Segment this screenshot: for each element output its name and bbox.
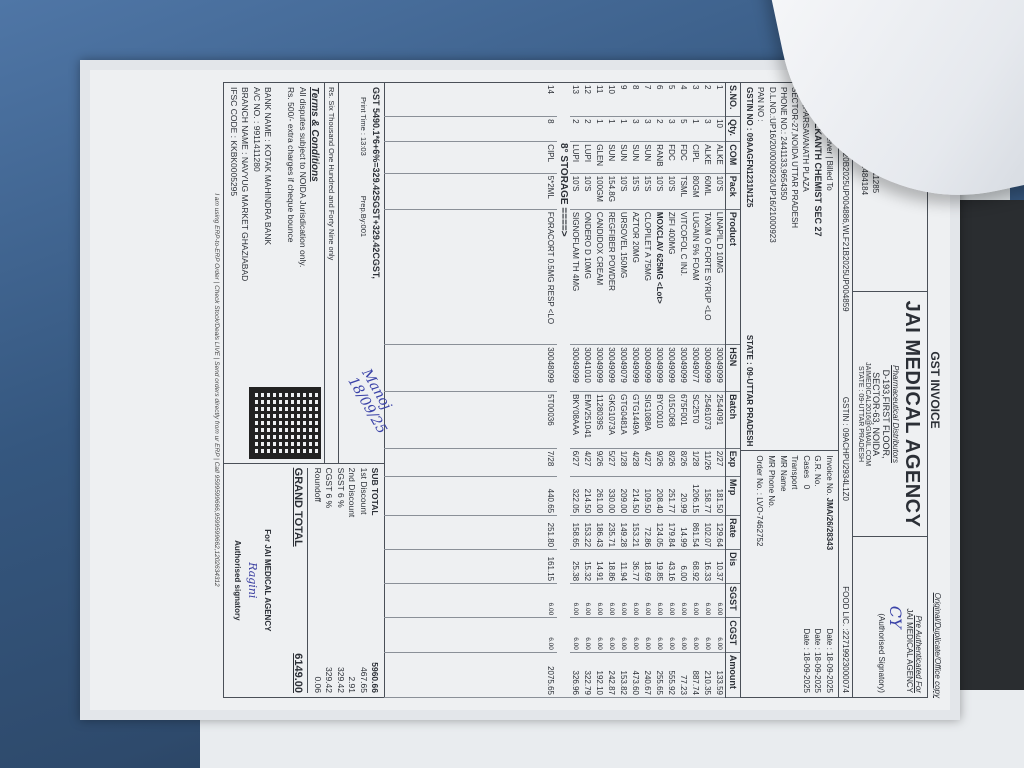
totals-block: SUB TOTAL5960.661st Discount467.652nd Di… bbox=[224, 464, 384, 697]
cell-sno: 7 bbox=[642, 83, 654, 117]
table-row: 101SUN154.8GREGFIBER POWDER30049099GKG10… bbox=[606, 83, 618, 698]
cell-product: MOXCLAV 625MG <Lot> bbox=[654, 209, 666, 344]
handwritten-signature: Ragini bbox=[246, 468, 259, 693]
table-row: 23ALKE60MLTAXIM O FORTE SYRUP <LO3004909… bbox=[702, 83, 714, 698]
cell-hsn: 30049099 bbox=[630, 345, 642, 392]
cell-batch: 2544091 bbox=[714, 392, 726, 449]
erp-note: I am using ERP-to-ERP Order | Check Stoc… bbox=[213, 82, 223, 698]
cell-rate: 861.54 bbox=[690, 516, 702, 550]
food-licence: FOOD LIC. :22719923000074 bbox=[841, 586, 850, 693]
cell-hsn: 30049099 bbox=[606, 345, 618, 392]
table-row: 62RANB10'SMOXCLAV 625MG <Lot>30049099BYC… bbox=[654, 83, 666, 698]
cell-pack: 15'S bbox=[630, 173, 642, 209]
licence-row: Licence No. : WLF20B2025UP004886,WLF21B2… bbox=[838, 82, 852, 698]
total-label: Roundoff bbox=[311, 468, 322, 502]
cell-hsn: 30049099 bbox=[570, 345, 582, 392]
cell-cgst: 6.00 bbox=[570, 618, 582, 653]
seller-email: JAIMEDICAL2016@GMAIL.COM bbox=[864, 296, 871, 533]
cell-amount: 2075.65 bbox=[545, 652, 557, 697]
cell-product: ONDERO D 10MG bbox=[582, 209, 594, 344]
cell-pack: 5*2ML bbox=[545, 173, 557, 209]
cell-dis: 16.33 bbox=[702, 550, 714, 584]
terms-line: All disputes subject to NOIDA Jurisdicat… bbox=[296, 87, 307, 387]
cell-batch: 675F001 bbox=[678, 392, 690, 449]
cases-row: Cases 0 Date : 18-09-2025 bbox=[800, 455, 812, 693]
receiver-dl-no: D.L.NO.:UP16/20/0000923/UP16/21000923 bbox=[766, 87, 777, 446]
cell-exp: 2/27 bbox=[714, 448, 726, 476]
cell-mrp: 330.00 bbox=[606, 476, 618, 515]
cell-product: FORACORT 0.5MG RESP <LO bbox=[545, 209, 557, 344]
cell-com: ALKE bbox=[702, 142, 714, 173]
cell-dis: 18.86 bbox=[606, 550, 618, 584]
cell-qty: 1 bbox=[606, 117, 618, 142]
order-no: : LVO-7462752 bbox=[755, 493, 764, 547]
column-header: Rate bbox=[726, 516, 741, 550]
pre-auth-label: Pre Authenticated For bbox=[914, 541, 923, 693]
cell-sgst: 6.00 bbox=[702, 584, 714, 618]
receiver-address2: SECTOR-27,NOIDA UTTAR PRADESH bbox=[789, 87, 800, 446]
cell-dis: 36.77 bbox=[630, 550, 642, 584]
cell-rate: 186.43 bbox=[594, 516, 606, 550]
cell-cgst: 6.00 bbox=[654, 618, 666, 653]
total-label: 2nd Discount bbox=[346, 468, 357, 518]
qr-code bbox=[249, 387, 321, 459]
cell-batch: BKY08AAA bbox=[570, 392, 582, 449]
table-row: 122LUPI10'SONDERO D 10MG30041010EMV25104… bbox=[582, 83, 594, 698]
cell-com: SUN bbox=[630, 142, 642, 173]
cell-sno: 2 bbox=[702, 83, 714, 117]
table-row: 91SUN10'SURSOVEL 150MG30049079GTG0481A1/… bbox=[618, 83, 630, 698]
grand-total-label: GRAND TOTAL bbox=[290, 468, 305, 547]
cell-pack: 100GM bbox=[594, 173, 606, 209]
cell-batch: GKG1073A bbox=[606, 392, 618, 449]
cell-product: CLOPILET A 75MG bbox=[642, 209, 654, 344]
cell-qty: 8 bbox=[545, 117, 557, 142]
cell-qty: 1 bbox=[618, 117, 630, 142]
mr-name-label: MR Name bbox=[777, 455, 789, 693]
cell-product: VITCOFOL C INJ. bbox=[678, 209, 690, 344]
cell-batch: 015C068 bbox=[666, 392, 678, 449]
cell-pack: TSML bbox=[678, 173, 690, 209]
cell-rate: 149.28 bbox=[618, 516, 630, 550]
signatory-for: For JAI MEDICAL AGENCY bbox=[263, 468, 272, 693]
cases-label: Cases bbox=[802, 455, 811, 478]
cell-batch: 5T00036 bbox=[545, 392, 557, 449]
terms-line: Rs. 500/- extra charges if cheque bounce bbox=[285, 87, 296, 387]
column-header: COM bbox=[726, 142, 741, 173]
grand-total-value: 6149.00 bbox=[290, 653, 305, 693]
cell-hsn: 30048099 bbox=[545, 345, 557, 392]
total-label: SUB TOTAL bbox=[369, 468, 380, 516]
cell-qty: 2 bbox=[582, 117, 594, 142]
cell-sno: 8 bbox=[630, 83, 642, 117]
column-header: Batch bbox=[726, 392, 741, 449]
cell-sno: 13 bbox=[570, 83, 582, 117]
storage-note-row: 8° STORAGE ====> bbox=[557, 83, 570, 698]
seller-identity: JAI MEDICAL AGENCY Pharmaceutical Distri… bbox=[853, 292, 927, 538]
cell-exp: 9/26 bbox=[654, 448, 666, 476]
cell-product: AZTOR 20MG bbox=[630, 209, 642, 344]
cell-pack: 80GM bbox=[690, 173, 702, 209]
cell-amount: 153.82 bbox=[618, 652, 630, 697]
receiver-name: M/s NEELKANTH CHEMIST SEC 27 bbox=[811, 87, 824, 446]
bank-account: A/C NO. : 9911411280 bbox=[250, 87, 261, 387]
cell-dis: 6.00 bbox=[678, 550, 690, 584]
invoice-date: Date : 18-09-2025 bbox=[823, 628, 835, 693]
cell-mrp: 1206.15 bbox=[690, 476, 702, 515]
cell-batch: BYC0010 bbox=[654, 392, 666, 449]
items-header-row: S.NO.Qty.COMPackProductHSNBatchExpMrpRat… bbox=[726, 83, 741, 698]
cell-cgst: 6.00 bbox=[618, 618, 630, 653]
column-header: Pack bbox=[726, 173, 741, 209]
seller-name: JAI MEDICAL AGENCY bbox=[900, 296, 923, 533]
column-header: Product bbox=[726, 209, 741, 344]
cell-pack: 15'S bbox=[642, 173, 654, 209]
column-header: SGST bbox=[726, 584, 741, 618]
column-header: Dis bbox=[726, 550, 741, 584]
cell-rate: 179.84 bbox=[666, 516, 678, 550]
column-header: Exp bbox=[726, 448, 741, 476]
seller-state: STATE : 09-UTTAR PRADESH bbox=[857, 296, 864, 533]
cell-exp: 4/28 bbox=[630, 448, 642, 476]
cell-hsn: 30049099 bbox=[594, 345, 606, 392]
cell-sgst: 6.00 bbox=[618, 584, 630, 618]
totals-list: SUB TOTAL5960.661st Discount467.652nd Di… bbox=[311, 468, 380, 693]
cell-sno: 12 bbox=[582, 83, 594, 117]
cell-exp: 9/26 bbox=[594, 448, 606, 476]
invoice-meta: Invoice No. JMA/26/28343 Date : 18-09-20… bbox=[741, 451, 838, 697]
table-row: 45FDCTSMLVITCOFOL C INJ.30049099675F0018… bbox=[678, 83, 690, 698]
receiver-details: Details of Receiver | Billed To M/s NEEL… bbox=[741, 83, 838, 451]
transport-label: Transport bbox=[789, 455, 801, 693]
gr-no-label: G.R. No. bbox=[812, 455, 824, 486]
cell-cgst: 6.00 bbox=[714, 618, 726, 653]
seller-gstin: GSTIN : 09ACHPU2934L1Z0 bbox=[841, 397, 850, 501]
table-filler bbox=[385, 83, 545, 698]
cell-mrp: 209.00 bbox=[618, 476, 630, 515]
cell-qty: 2 bbox=[570, 117, 582, 142]
cell-batch: SC25T0 bbox=[690, 392, 702, 449]
cell-pack: 10'S bbox=[570, 173, 582, 209]
cell-cgst: 6.00 bbox=[582, 618, 594, 653]
cell-product: REGFIBER POWDER bbox=[606, 209, 618, 344]
cell-exp: 1/28 bbox=[618, 448, 630, 476]
cell-sno: 10 bbox=[606, 83, 618, 117]
cell-dis: 15.32 bbox=[582, 550, 594, 584]
table-row: 83SUN15'SAZTOR 20MG30049099GTG1449A4/282… bbox=[630, 83, 642, 698]
bank-ifsc: IFSC CODE : KKBK0005295 bbox=[227, 87, 238, 387]
total-row: Roundoff0.06 bbox=[311, 468, 322, 693]
cell-sgst: 6.00 bbox=[545, 584, 557, 618]
total-label: CGST 6 % bbox=[323, 468, 334, 508]
invoice-no-row: Invoice No. JMA/26/28343 Date : 18-09-20… bbox=[823, 455, 835, 693]
cell-exp: 7/28 bbox=[545, 448, 557, 476]
cell-batch: 25461073 bbox=[702, 392, 714, 449]
invoice-no: JMA/26/28343 bbox=[825, 498, 834, 550]
cell-cgst: 6.00 bbox=[702, 618, 714, 653]
cell-rate: 235.71 bbox=[606, 516, 618, 550]
total-row: 2nd Discount2.91 bbox=[346, 468, 357, 693]
cell-qty: 1 bbox=[594, 117, 606, 142]
total-row: CGST 6 %329.42 bbox=[323, 468, 334, 693]
cell-com: SUN bbox=[642, 142, 654, 173]
cell-rate: 129.64 bbox=[714, 516, 726, 550]
cell-sgst: 6.00 bbox=[714, 584, 726, 618]
cell-hsn: 30049099 bbox=[666, 345, 678, 392]
cell-sgst: 6.00 bbox=[630, 584, 642, 618]
cell-pack: 10'S bbox=[666, 173, 678, 209]
cell-amount: 133.59 bbox=[714, 652, 726, 697]
terms-title: Terms & Conditions bbox=[308, 87, 322, 387]
items-body: 110ALKE10'SLINAPIL D 10MG300490992544091… bbox=[385, 83, 726, 698]
cell-sgst: 6.00 bbox=[678, 584, 690, 618]
cell-cgst: 6.00 bbox=[606, 618, 618, 653]
cell-sno: 1 bbox=[714, 83, 726, 117]
seller-subtitle: Pharmaceutical Distributors bbox=[891, 296, 900, 533]
cell-rate: 14.99 bbox=[678, 516, 690, 550]
column-header: S.NO. bbox=[726, 83, 741, 117]
cell-batch: GTG0481A bbox=[618, 392, 630, 449]
cell-product: CANDIDOX CREAM bbox=[594, 209, 606, 344]
print-time: Print Time : 13:03 bbox=[359, 97, 368, 156]
cell-com: FDC bbox=[666, 142, 678, 173]
total-value: 2.91 bbox=[346, 676, 357, 693]
column-header: CGST bbox=[726, 618, 741, 653]
total-value: 0.06 bbox=[311, 676, 322, 693]
cell-mrp: 181.50 bbox=[714, 476, 726, 515]
cell-exp: 11/26 bbox=[702, 448, 714, 476]
invoice-document: GST INVOICE Original/Duplicate/Office co… bbox=[90, 70, 950, 710]
cell-dis: 161.15 bbox=[545, 550, 557, 584]
invoice-no-label: Invoice No. bbox=[825, 455, 834, 495]
receiver-gstin: GSTIN NO : 09AAGFN1231N1Z5 bbox=[744, 87, 755, 207]
receiver-address1: G-20,PARSAVANATH PLAZA bbox=[800, 87, 811, 446]
cell-cgst: 6.00 bbox=[630, 618, 642, 653]
total-value: 329.42 bbox=[334, 667, 345, 693]
cell-qty: 10 bbox=[714, 117, 726, 142]
terms-block: Terms & Conditions All disputes subject … bbox=[224, 83, 325, 463]
total-value: 5960.66 bbox=[369, 662, 380, 693]
cell-rate: 153.21 bbox=[630, 516, 642, 550]
cell-amount: 322.79 bbox=[582, 652, 594, 697]
cell-mrp: 322.05 bbox=[570, 476, 582, 515]
cell-product: TAXIM O FORTE SYRUP <LO bbox=[702, 209, 714, 344]
cell-mrp: 20.99 bbox=[678, 476, 690, 515]
cell-pack: 154.8G bbox=[606, 173, 618, 209]
receiver-phone: PHONE NO.: 2441133,9654350 bbox=[778, 87, 789, 446]
cell-product: LINAPIL D 10MG bbox=[714, 209, 726, 344]
cell-exp: 6/27 bbox=[570, 448, 582, 476]
table-row: 31CIPL80GMLUGAIN 5% FOAM30049077SC25T01/… bbox=[690, 83, 702, 698]
cell-product: ZIFI 400MG bbox=[666, 209, 678, 344]
cell-sgst: 6.00 bbox=[642, 584, 654, 618]
cell-amount: 192.10 bbox=[594, 652, 606, 697]
signatory-label: Authorised signatory bbox=[233, 468, 242, 693]
cell-dis: 18.69 bbox=[642, 550, 654, 584]
pre-auth-name: JAI MEDICAL AGENCY bbox=[905, 541, 914, 693]
total-value: 467.65 bbox=[357, 667, 368, 693]
cell-sgst: 6.00 bbox=[690, 584, 702, 618]
cell-hsn: 30049099 bbox=[702, 345, 714, 392]
cell-qty: 2 bbox=[654, 117, 666, 142]
gr-date: Date : 18-09-2025 bbox=[812, 628, 824, 693]
cell-product: SIGNOFLAM TH 4MG bbox=[570, 209, 582, 344]
cell-amount: 887.74 bbox=[690, 652, 702, 697]
cell-mrp: 251.77 bbox=[666, 476, 678, 515]
pre-auth-block: Pre Authenticated For JAI MEDICAL AGENCY… bbox=[853, 537, 927, 697]
column-header: HSN bbox=[726, 345, 741, 392]
cell-rate: 72.86 bbox=[642, 516, 654, 550]
cell-mrp: 214.50 bbox=[582, 476, 594, 515]
cell-com: GLEN bbox=[594, 142, 606, 173]
handwritten-initials: CY bbox=[886, 541, 905, 693]
cell-cgst: 6.00 bbox=[642, 618, 654, 653]
cell-cgst: 6.00 bbox=[690, 618, 702, 653]
cell-dis: 19.85 bbox=[654, 550, 666, 584]
total-label: 1st Discount bbox=[357, 468, 368, 515]
total-row: 1st Discount467.65 bbox=[357, 468, 368, 693]
cell-hsn: 30049099 bbox=[642, 345, 654, 392]
cell-pack: 10'S bbox=[618, 173, 630, 209]
table-row: 73SUN15'SCLOPILET A 75MG30049099SIG1088A… bbox=[642, 83, 654, 698]
cell-hsn: 30049079 bbox=[618, 345, 630, 392]
amount-in-words: Rs. Six Thousand One Hundred and Forty N… bbox=[325, 83, 339, 463]
cell-sgst: 6.00 bbox=[594, 584, 606, 618]
cell-com: SUN bbox=[618, 142, 630, 173]
cell-rate: 251.80 bbox=[545, 516, 557, 550]
cell-mrp: 158.77 bbox=[702, 476, 714, 515]
column-header: Amount bbox=[726, 652, 741, 697]
receiver-block: Details of Receiver | Billed To M/s NEEL… bbox=[740, 82, 838, 698]
cell-com: LUPI bbox=[582, 142, 594, 173]
bank-name: BANK NAME : KOTAK MAHINDRA BANK bbox=[262, 87, 273, 387]
table-row: 110ALKE10'SLINAPIL D 10MG300490992544091… bbox=[714, 83, 726, 698]
cell-batch: 1128039S bbox=[594, 392, 606, 449]
receiver-state: STATE : 09-UTTAR PRADESH bbox=[744, 335, 755, 447]
invoice-sheet: GST INVOICE Original/Duplicate/Office co… bbox=[80, 60, 960, 720]
cell-amount: 473.60 bbox=[630, 652, 642, 697]
cell-pack: 10'S bbox=[714, 173, 726, 209]
cell-exp: 8/26 bbox=[678, 448, 690, 476]
cell-exp: 5/27 bbox=[606, 448, 618, 476]
cell-cgst: 6.00 bbox=[666, 618, 678, 653]
cell-sgst: 6.00 bbox=[570, 584, 582, 618]
cell-sgst: 6.00 bbox=[582, 584, 594, 618]
cell-mrp: 261.00 bbox=[594, 476, 606, 515]
cell-amount: 255.65 bbox=[654, 652, 666, 697]
cell-mrp: 214.50 bbox=[630, 476, 642, 515]
copy-note: Original/Duplicate/Office copy bbox=[933, 593, 942, 698]
storage-note: 8° STORAGE ====> bbox=[557, 83, 570, 698]
cell-exp: 4/27 bbox=[642, 448, 654, 476]
cell-dis: 11.94 bbox=[618, 550, 630, 584]
cell-sno: 5 bbox=[666, 83, 678, 117]
cell-sno: 4 bbox=[678, 83, 690, 117]
seller-address2: SECTOR-63, NOIDA bbox=[871, 296, 881, 533]
cell-sno: 9 bbox=[618, 83, 630, 117]
cell-com: CIPL bbox=[690, 142, 702, 173]
cell-com: RANB bbox=[654, 142, 666, 173]
table-row: 132LUPI10'SSIGNOFLAM TH 4MG30049099BKY08… bbox=[570, 83, 582, 698]
receiver-pan: PAN NO : bbox=[755, 87, 766, 446]
cell-batch: GTG1449A bbox=[630, 392, 642, 449]
cell-amount: 210.35 bbox=[702, 652, 714, 697]
column-header: Mrp bbox=[726, 476, 741, 515]
cell-hsn: 30041010 bbox=[582, 345, 594, 392]
cell-dis: 25.38 bbox=[570, 550, 582, 584]
cell-qty: 3 bbox=[642, 117, 654, 142]
cell-rate: 102.07 bbox=[702, 516, 714, 550]
cell-batch: EMV251041 bbox=[582, 392, 594, 449]
cell-amount: 77.23 bbox=[678, 652, 690, 697]
cell-rate: 153.22 bbox=[582, 516, 594, 550]
cell-qty: 1 bbox=[690, 117, 702, 142]
total-label: SGST 6 % bbox=[334, 468, 345, 508]
cell-amount: 240.67 bbox=[642, 652, 654, 697]
cell-batch: SIG1088A bbox=[642, 392, 654, 449]
cell-hsn: 30049099 bbox=[678, 345, 690, 392]
cell-sno: 6 bbox=[654, 83, 666, 117]
column-header: Qty. bbox=[726, 117, 741, 142]
order-no-label: Order No. bbox=[755, 455, 764, 490]
cell-product: LUGAIN 5% FOAM bbox=[690, 209, 702, 344]
auth-signatory-label: (Authorised Signatory) bbox=[877, 541, 886, 693]
cases-date: Date : 18-09-2025 bbox=[800, 628, 812, 693]
cell-cgst: 6.00 bbox=[594, 618, 606, 653]
cell-dis: 68.92 bbox=[690, 550, 702, 584]
bank-branch: BRANCH NAME : NAVYUG MARKET GHAZIABAD bbox=[239, 87, 250, 387]
total-value: 329.42 bbox=[323, 667, 334, 693]
cell-hsn: 30049077 bbox=[690, 345, 702, 392]
cell-qty: 3 bbox=[630, 117, 642, 142]
cell-qty: 3 bbox=[702, 117, 714, 142]
cell-mrp: 109.50 bbox=[642, 476, 654, 515]
cell-sgst: 6.00 bbox=[654, 584, 666, 618]
seller-address1: D-193,FIRST FLOOR, bbox=[881, 296, 891, 533]
cell-rate: 124.05 bbox=[654, 516, 666, 550]
cases-value: 0 bbox=[802, 485, 811, 489]
cell-mrp: 440.65 bbox=[545, 476, 557, 515]
grand-total-row: GRAND TOTAL 6149.00 bbox=[290, 468, 308, 693]
cell-dis: 14.91 bbox=[594, 550, 606, 584]
cell-com: LUPI bbox=[570, 142, 582, 173]
cell-sno: 11 bbox=[594, 83, 606, 117]
cell-qty: 5 bbox=[678, 117, 690, 142]
cell-cgst: 6.00 bbox=[678, 618, 690, 653]
cell-dis: 43.16 bbox=[666, 550, 678, 584]
cell-com: CIPL bbox=[545, 142, 557, 173]
items-table: S.NO.Qty.COMPackProductHSNBatchExpMrpRat… bbox=[384, 82, 740, 698]
total-row: SGST 6 %329.42 bbox=[334, 468, 345, 693]
cell-cgst: 6.00 bbox=[545, 618, 557, 653]
cell-amount: 326.96 bbox=[570, 652, 582, 697]
cell-exp: 4/27 bbox=[582, 448, 594, 476]
cell-qty: 3 bbox=[666, 117, 678, 142]
cell-amount: 555.92 bbox=[666, 652, 678, 697]
cell-exp: 1/28 bbox=[690, 448, 702, 476]
total-row: SUB TOTAL5960.66 bbox=[369, 468, 380, 693]
cell-rate: 158.65 bbox=[570, 516, 582, 550]
cell-pack: 10'S bbox=[582, 173, 594, 209]
prepared-by: Prep.By:001 bbox=[359, 196, 368, 237]
cell-mrp: 208.40 bbox=[654, 476, 666, 515]
cell-com: ALKE bbox=[714, 142, 726, 173]
cell-amount: 242.87 bbox=[606, 652, 618, 697]
cell-pack: 60ML bbox=[702, 173, 714, 209]
cell-dis: 10.37 bbox=[714, 550, 726, 584]
table-row: 148CIPL5*2MLFORACORT 0.5MG RESP <LO30048… bbox=[545, 83, 557, 698]
cell-com: SUN bbox=[606, 142, 618, 173]
